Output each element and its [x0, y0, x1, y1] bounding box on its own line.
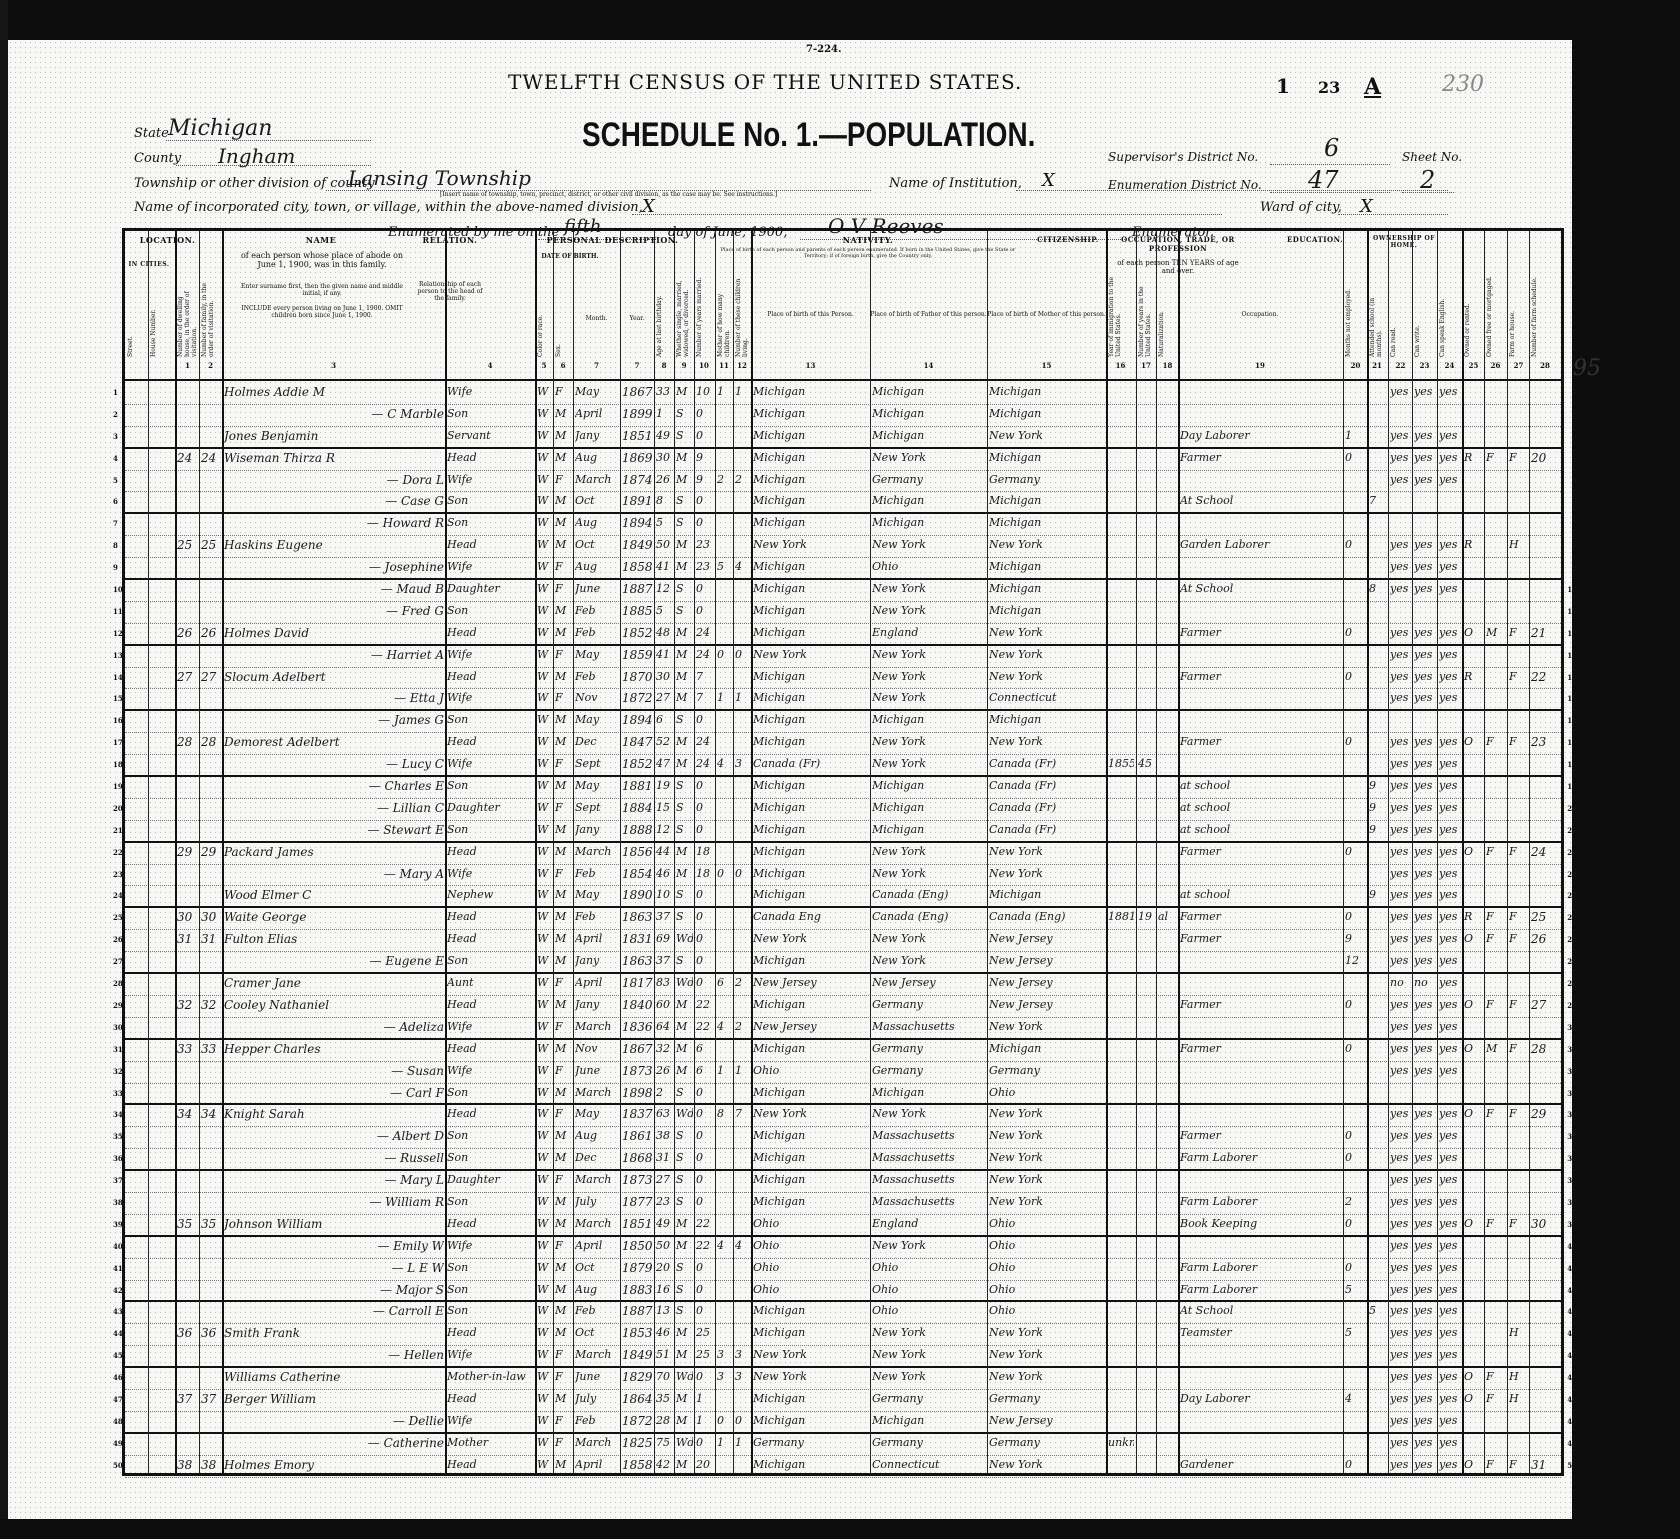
- line-number-right: 31: [1567, 1045, 1577, 1054]
- cell-sex: F: [555, 1239, 572, 1252]
- township-note: [Insert name of township, town, precinct…: [440, 191, 777, 198]
- cell-wr: yes: [1414, 1020, 1436, 1033]
- line-number: 27: [113, 957, 123, 966]
- cell-wr: yes: [1414, 779, 1436, 792]
- cell-rel: Wife: [447, 1064, 534, 1077]
- institution-label: Name of Institution,: [889, 176, 1022, 191]
- cell-yr: 1887: [622, 1304, 653, 1318]
- census-row: 77— Howard RSonWMAug18945S0MichiganMichi…: [125, 514, 1561, 536]
- cell-mne: 0: [1345, 845, 1367, 858]
- cell-age: 26: [656, 473, 673, 486]
- line-number-right: 17: [1567, 738, 1577, 747]
- education-heading: EDUCATION.: [1271, 235, 1359, 244]
- column-divider: [1106, 231, 1108, 1473]
- cell-fam: 25: [201, 538, 221, 552]
- column-label-imm: Year of immigration to the United States…: [1108, 275, 1133, 357]
- cell-pm: Michigan: [989, 713, 1105, 726]
- cell-sex: F: [555, 473, 572, 486]
- cell-yr: 1867: [622, 385, 653, 399]
- cell-wr: yes: [1414, 1129, 1436, 1142]
- cell-ms: Wd: [676, 1107, 693, 1120]
- cell-rd: yes: [1390, 1283, 1412, 1296]
- cell-pf: Michigan: [872, 429, 986, 442]
- cell-cl: 3: [735, 1370, 750, 1383]
- cell-rel: Son: [447, 1129, 534, 1142]
- column-divider: [222, 231, 224, 1473]
- cell-en: yes: [1439, 1283, 1461, 1296]
- cell-mon: Jany: [575, 823, 619, 836]
- cell-mon: Feb: [575, 867, 619, 880]
- cell-rel: Wife: [447, 867, 534, 880]
- line-number-right: 10: [1567, 585, 1577, 594]
- cell-pm: New Jersey: [989, 976, 1105, 989]
- cell-name: — Stewart E: [224, 823, 444, 837]
- cell-ms: M: [676, 845, 693, 858]
- cell-name: Hepper Charles: [224, 1042, 444, 1056]
- cell-fs: 29: [1531, 1107, 1560, 1121]
- cell-pf: New York: [872, 932, 986, 945]
- column-number: 15: [987, 361, 1106, 370]
- cell-pb: Michigan: [753, 407, 869, 420]
- line-number: 17: [113, 738, 123, 747]
- cell-rd: yes: [1390, 1392, 1412, 1405]
- cell-name: — Josephine: [224, 560, 444, 574]
- cell-mc: 4: [717, 1020, 732, 1033]
- column-number: 7: [573, 361, 620, 370]
- line-number-right: 6: [1572, 497, 1577, 506]
- cell-name: Fulton Elias: [224, 932, 444, 946]
- cell-wr: yes: [1414, 1392, 1436, 1405]
- cell-occ: Farm Laborer: [1180, 1195, 1341, 1208]
- cell-age: 27: [656, 1173, 673, 1186]
- cell-mon: Aug: [575, 1283, 619, 1296]
- cell-rel: Head: [447, 1107, 534, 1120]
- cell-pb: Ohio: [753, 1239, 869, 1252]
- line-number: 49: [113, 1439, 123, 1448]
- cell-race: W: [537, 626, 552, 639]
- cell-pf: Michigan: [872, 516, 986, 529]
- column-divider: [654, 231, 655, 1473]
- line-number-right: 21: [1567, 826, 1577, 835]
- township-value: Lansing Township: [348, 166, 531, 190]
- cell-sex: M: [555, 713, 572, 726]
- cell-pm: Germany: [989, 1064, 1105, 1077]
- cell-wr: yes: [1414, 735, 1436, 748]
- column-label-house: House Number.: [150, 275, 173, 357]
- line-number: 13: [113, 651, 123, 660]
- cell-ms: S: [676, 1283, 693, 1296]
- column-number: 9: [674, 361, 694, 370]
- cell-pf: England: [872, 626, 986, 639]
- cell-ym: 0: [696, 713, 713, 726]
- cell-fam: 34: [201, 1107, 221, 1121]
- census-row: 25253030Waite GeorgeHeadWMFeb186337S0Can…: [125, 908, 1561, 930]
- cell-name: Holmes David: [224, 626, 444, 640]
- cell-sex: M: [555, 429, 572, 442]
- cell-mon: April: [575, 1239, 619, 1252]
- cell-race: W: [537, 1217, 552, 1230]
- cell-wr: yes: [1414, 1195, 1436, 1208]
- cell-sex: M: [555, 516, 572, 529]
- cell-pm: Michigan: [989, 604, 1105, 617]
- cell-occ: Farm Laborer: [1180, 1283, 1341, 1296]
- cell-en: yes: [1439, 779, 1461, 792]
- column-label-street: Street.: [127, 275, 146, 357]
- cell-pb: Michigan: [753, 888, 869, 901]
- cell-ym: 0: [696, 1195, 713, 1208]
- cell-wr: yes: [1414, 1239, 1436, 1252]
- line-number: 29: [113, 1001, 123, 1010]
- cell-wr: yes: [1414, 1414, 1436, 1427]
- column-number: 14: [870, 361, 987, 370]
- census-row: 3636— RussellSonWMDec186831S0MichiganMas…: [125, 1149, 1561, 1171]
- cell-pf: Germany: [872, 1436, 986, 1449]
- cell-mc: 4: [717, 757, 732, 770]
- column-divider: [751, 231, 753, 1473]
- cell-race: W: [537, 1064, 552, 1077]
- cell-race: W: [537, 888, 552, 901]
- cell-mon: March: [575, 1217, 619, 1230]
- cell-rel: Head: [447, 910, 534, 923]
- cell-name: Holmes Addie M: [224, 385, 444, 399]
- cell-race: W: [537, 998, 552, 1011]
- cell-fm: F: [1486, 451, 1506, 464]
- cell-fh: F: [1509, 735, 1529, 748]
- column-number: 18: [1156, 361, 1179, 370]
- column-divider: [1529, 231, 1530, 1473]
- cell-own: O: [1464, 626, 1484, 639]
- cell-fs: 21: [1531, 626, 1560, 640]
- county-label: County: [134, 151, 181, 166]
- cell-yr: 1861: [622, 1129, 653, 1143]
- cell-name: — Dora L: [224, 473, 444, 487]
- cell-mon: Oct: [575, 538, 619, 551]
- cell-sex: M: [555, 1261, 572, 1274]
- cell-pb: Michigan: [753, 429, 869, 442]
- cell-pb: New York: [753, 648, 869, 661]
- cell-rel: Wife: [447, 648, 534, 661]
- cell-ms: S: [676, 1129, 693, 1142]
- cell-occ: Farmer: [1180, 932, 1341, 945]
- cell-mon: June: [575, 1064, 619, 1077]
- cell-name: — Fred G: [224, 604, 444, 618]
- cell-en: yes: [1439, 1348, 1461, 1361]
- cell-yr: 1825: [622, 1436, 653, 1450]
- column-number: 28: [1529, 361, 1561, 370]
- cell-age: 83: [656, 976, 673, 989]
- cell-yr: 1887: [622, 582, 653, 596]
- cell-pb: Michigan: [753, 582, 869, 595]
- cell-pf: New York: [872, 1348, 986, 1361]
- cell-pf: New York: [872, 648, 986, 661]
- cell-ms: S: [676, 407, 693, 420]
- cell-ms: M: [676, 998, 693, 1011]
- cell-name: Packard James: [224, 845, 444, 859]
- line-number-right: 35: [1567, 1132, 1577, 1141]
- cell-mon: April: [575, 1458, 619, 1471]
- cell-ms: M: [676, 757, 693, 770]
- cell-ym: 18: [696, 845, 713, 858]
- cell-rel: Son: [447, 823, 534, 836]
- column-divider: [199, 231, 200, 1473]
- cell-name: Demorest Adelbert: [224, 735, 444, 749]
- cell-pm: New York: [989, 626, 1105, 639]
- census-row: 2020— Lillian CDaughterWFSept188415S0Mic…: [125, 799, 1561, 821]
- cell-mon: Aug: [575, 1129, 619, 1142]
- cell-name: — Hellen: [224, 1348, 444, 1362]
- column-divider: [573, 231, 574, 1473]
- cell-rd: yes: [1390, 823, 1412, 836]
- cell-pb: New York: [753, 538, 869, 551]
- cell-mon: March: [575, 1436, 619, 1449]
- column-divider: [553, 231, 554, 1473]
- cell-dw: 27: [177, 670, 199, 684]
- cell-wr: no: [1414, 976, 1436, 989]
- line-number-right: 48: [1567, 1417, 1577, 1426]
- column-label-fam: Number of family, in the order of visita…: [201, 275, 220, 357]
- cell-ym: 0: [696, 801, 713, 814]
- line-number: 31: [113, 1045, 123, 1054]
- sheet-label: Sheet No.: [1402, 150, 1462, 164]
- line-number: 7: [113, 519, 118, 528]
- cell-occ: Teamster: [1180, 1326, 1341, 1339]
- column-divider: [1178, 231, 1180, 1473]
- cell-ym: 0: [696, 1261, 713, 1274]
- township-label: Township or other division of county: [134, 176, 375, 191]
- cell-mon: Oct: [575, 1326, 619, 1339]
- cell-occ: Day Laborer: [1180, 429, 1341, 442]
- nativity-subheading: Place of birth of each person and parent…: [713, 247, 1023, 259]
- cell-sex: M: [555, 1283, 572, 1296]
- cell-name: — Albert D: [224, 1129, 444, 1143]
- cell-ym: 24: [696, 626, 713, 639]
- line-number-right: 32: [1567, 1067, 1577, 1076]
- cell-sex: M: [555, 779, 572, 792]
- cell-race: W: [537, 1326, 552, 1339]
- cell-rd: yes: [1390, 1348, 1412, 1361]
- cell-ym: 22: [696, 1239, 713, 1252]
- cell-pb: Michigan: [753, 691, 869, 704]
- cell-name: — Etta J: [224, 691, 444, 705]
- cell-age: 42: [656, 1458, 673, 1471]
- cell-rd: yes: [1390, 1370, 1412, 1383]
- census-row: 99— JosephineWifeWFAug185841M2354Michiga…: [125, 558, 1561, 580]
- cell-pb: New York: [753, 932, 869, 945]
- cell-fh: F: [1509, 1217, 1529, 1230]
- cell-race: W: [537, 1173, 552, 1186]
- cell-wr: yes: [1414, 823, 1436, 836]
- cell-cl: 2: [735, 473, 750, 486]
- line-number: 14: [113, 673, 123, 682]
- cell-pf: New York: [872, 735, 986, 748]
- cell-mon: Jany: [575, 998, 619, 1011]
- cell-sex: M: [555, 954, 572, 967]
- census-row: 26263131Fulton EliasHeadWMApril183169Wd0…: [125, 930, 1561, 952]
- cell-mon: March: [575, 845, 619, 858]
- cell-rd: yes: [1390, 1436, 1412, 1449]
- cell-rel: Daughter: [447, 801, 534, 814]
- line-number-right: 19: [1567, 782, 1577, 791]
- census-row: 4848— DellieWifeWFFeb187228M100MichiganM…: [125, 1412, 1561, 1434]
- cell-pf: Germany: [872, 1042, 986, 1055]
- cell-yr: 1851: [622, 429, 653, 443]
- census-row: 3333— Carl FSonWMMarch18982S0MichiganMic…: [125, 1084, 1561, 1106]
- cell-mne: 0: [1345, 1217, 1367, 1230]
- cell-name: Slocum Adelbert: [224, 670, 444, 684]
- column-number: 10: [694, 361, 714, 370]
- cell-rd: yes: [1390, 1304, 1412, 1317]
- cell-cl: 2: [735, 1020, 750, 1033]
- cell-ym: 0: [696, 954, 713, 967]
- cell-wr: yes: [1414, 691, 1436, 704]
- cell-wr: yes: [1414, 429, 1436, 442]
- census-row: 44443636Smith FrankHeadWMOct185346M25Mic…: [125, 1324, 1561, 1346]
- cell-occ: Farmer: [1180, 1042, 1341, 1055]
- census-row: 2828Cramer JaneAuntWFApril181783Wd062New…: [125, 974, 1561, 996]
- column-number: 12: [733, 361, 751, 370]
- cell-pb: Michigan: [753, 1414, 869, 1427]
- cell-ym: 9: [696, 473, 713, 486]
- cell-fm: F: [1486, 1107, 1506, 1120]
- cell-ms: S: [676, 954, 693, 967]
- cell-pm: Ohio: [989, 1283, 1105, 1296]
- nativity-heading: NATIVITY.: [708, 235, 1028, 245]
- cell-sch: 8: [1369, 582, 1386, 595]
- cell-yr: 1873: [622, 1064, 653, 1078]
- cell-ms: M: [676, 1042, 693, 1055]
- cell-rel: Son: [447, 1283, 534, 1296]
- cell-fam: 35: [201, 1217, 221, 1231]
- cell-sch: 9: [1369, 888, 1386, 901]
- cell-fm: F: [1486, 1392, 1506, 1405]
- cell-race: W: [537, 1086, 552, 1099]
- census-row: 22— C MarbleSonWMApril18991S0MichiganMic…: [125, 405, 1561, 427]
- cell-name: — Dellie: [224, 1414, 444, 1428]
- cell-sex: F: [555, 1020, 572, 1033]
- cell-wr: yes: [1414, 1064, 1436, 1077]
- census-row: 3737— Mary LDaughterWFMarch187327S0Michi…: [125, 1171, 1561, 1193]
- cell-en: yes: [1439, 823, 1461, 836]
- cell-pm: New York: [989, 1020, 1105, 1033]
- census-row: 2424Wood Elmer CNephewWMMay189010S0Michi…: [125, 886, 1561, 908]
- cell-age: 35: [656, 1392, 673, 1405]
- line-number: 21: [113, 826, 123, 835]
- line-number: 6: [113, 497, 118, 506]
- cell-race: W: [537, 779, 552, 792]
- cell-pf: Michigan: [872, 385, 986, 398]
- cell-pm: New Jersey: [989, 954, 1105, 967]
- column-label-own: Owned or rented.: [1464, 275, 1483, 357]
- cell-ym: 0: [696, 1304, 713, 1317]
- cell-race: W: [537, 932, 552, 945]
- cell-pb: Canada Eng: [753, 910, 869, 923]
- cell-mon: Aug: [575, 560, 619, 573]
- cell-race: W: [537, 560, 552, 573]
- cell-ym: 18: [696, 867, 713, 880]
- cell-ms: S: [676, 1151, 693, 1164]
- ward-value: X: [1360, 196, 1373, 217]
- cell-imm: unknown: [1108, 1436, 1134, 1449]
- cell-pb: Michigan: [753, 1129, 869, 1142]
- cell-age: 52: [656, 735, 673, 748]
- cell-mon: Aug: [575, 451, 619, 464]
- line-number-right: 7: [1572, 519, 1577, 528]
- cell-sch: 5: [1369, 1304, 1386, 1317]
- cell-name: — Charles E: [224, 779, 444, 793]
- line-number: 38: [113, 1198, 123, 1207]
- cell-wr: yes: [1414, 757, 1436, 770]
- cell-en: yes: [1439, 1458, 1461, 1471]
- cell-dw: 32: [177, 998, 199, 1012]
- cell-pm: Connecticut: [989, 691, 1105, 704]
- cell-fh: F: [1509, 932, 1529, 945]
- cell-race: W: [537, 867, 552, 880]
- cell-age: 70: [656, 1370, 673, 1383]
- cell-fm: F: [1486, 1217, 1506, 1230]
- cell-mne: 2: [1345, 1195, 1367, 1208]
- cell-ms: M: [676, 1326, 693, 1339]
- cell-yr: 1869: [622, 451, 653, 465]
- cell-sex: M: [555, 845, 572, 858]
- cell-pm: Canada (Fr): [989, 823, 1105, 836]
- cell-fam: 28: [201, 735, 221, 749]
- cell-age: 5: [656, 516, 673, 529]
- cell-pm: Michigan: [989, 407, 1105, 420]
- cell-sch: 7: [1369, 494, 1386, 507]
- line-number: 3: [113, 432, 118, 441]
- column-label-ms: Whether single, married, widowed, or div…: [676, 275, 692, 357]
- cell-pb: Michigan: [753, 494, 869, 507]
- cell-mne: 5: [1345, 1326, 1367, 1339]
- cell-race: W: [537, 1261, 552, 1274]
- cell-mne: 1: [1345, 429, 1367, 442]
- cell-mon: May: [575, 648, 619, 661]
- census-row: 1515— Etta JWifeWFNov187227M711MichiganN…: [125, 689, 1561, 711]
- cell-en: yes: [1439, 1173, 1461, 1186]
- cell-age: 12: [656, 823, 673, 836]
- cell-mc: 1: [717, 691, 732, 704]
- cell-ms: M: [676, 648, 693, 661]
- line-number-right: 29: [1567, 1001, 1577, 1010]
- cell-pb: Michigan: [753, 1326, 869, 1339]
- cell-pf: New York: [872, 1239, 986, 1252]
- cell-wr: yes: [1414, 670, 1436, 683]
- cell-wr: yes: [1414, 1436, 1436, 1449]
- cell-mne: 0: [1345, 1129, 1367, 1142]
- line-number-right: 39: [1567, 1220, 1577, 1229]
- cell-wr: yes: [1414, 1261, 1436, 1274]
- cell-pf: New York: [872, 451, 986, 464]
- cell-rel: Wife: [447, 1239, 534, 1252]
- cell-own: O: [1464, 1107, 1484, 1120]
- cell-ms: M: [676, 385, 693, 398]
- cell-pb: Michigan: [753, 516, 869, 529]
- cell-en: yes: [1439, 429, 1461, 442]
- cell-race: W: [537, 473, 552, 486]
- cell-mc: 1: [717, 1064, 732, 1077]
- cell-wr: yes: [1414, 932, 1436, 945]
- stamp-number: 23: [1318, 78, 1340, 97]
- line-number-right: 1: [1572, 388, 1577, 397]
- cell-ms: M: [676, 691, 693, 704]
- column-divider: [715, 231, 716, 1473]
- column-number: 16: [1106, 361, 1135, 370]
- cell-age: 12: [656, 582, 673, 595]
- cell-pm: New York: [989, 1458, 1105, 1471]
- line-number: 9: [113, 563, 118, 572]
- line-number: 16: [113, 716, 123, 725]
- cell-fh: F: [1509, 1042, 1529, 1055]
